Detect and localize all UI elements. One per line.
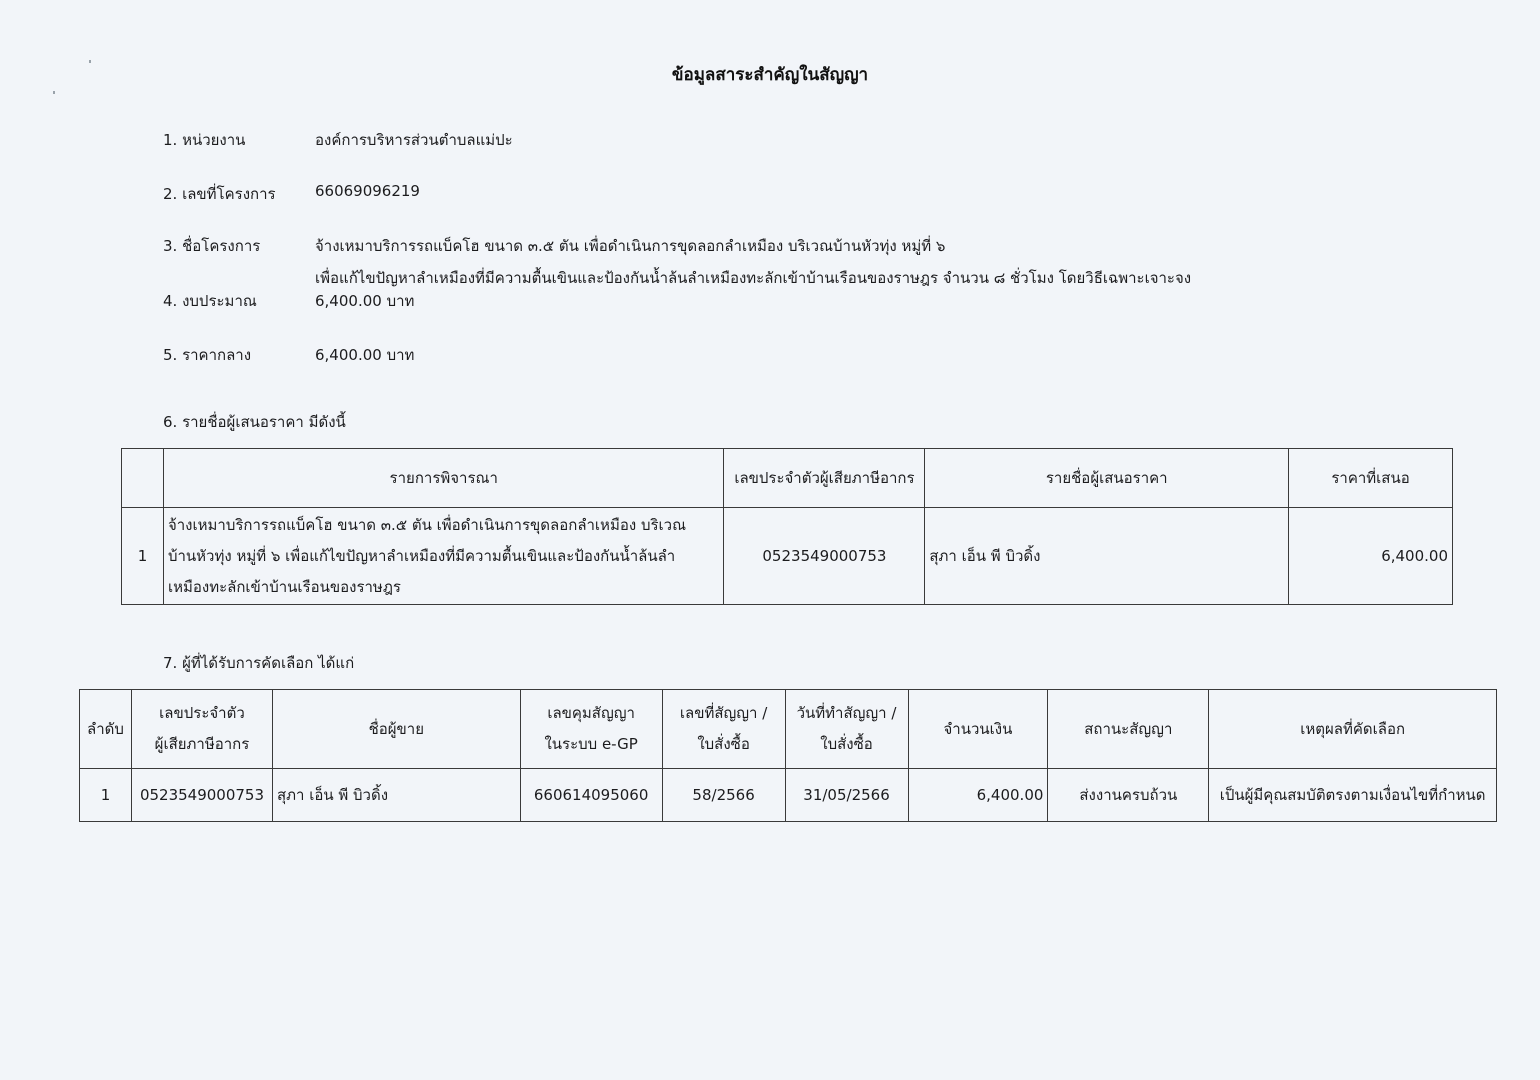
header-text: เหตุผลที่คัดเลือก <box>1300 720 1405 738</box>
item-line-2: บ้านหัวทุ่ง หมู่ที่ ๖ เพื่อแก้ไขปัญหาลำเ… <box>168 541 720 572</box>
table-row: 1 จ้างเหมาบริการรถแบ็คโฮ ขนาด ๓.๕ ตัน เพ… <box>122 508 1453 605</box>
header-text: เลขคุมสัญญา <box>525 698 658 729</box>
field-label: 5. ราคากลาง <box>163 343 315 367</box>
cell-status: ส่งงานครบถ้วน <box>1048 769 1209 822</box>
header-text: ลำดับ <box>87 720 124 738</box>
field-value: องค์การบริหารส่วนตำบลแม่ปะ <box>315 128 513 152</box>
winner-table: ลำดับ เลขประจำตัวผู้เสียภาษีอากร ชื่อผู้… <box>79 689 1497 822</box>
column-header-no: ลำดับ <box>80 690 132 769</box>
column-header-amount: จำนวนเงิน <box>908 690 1048 769</box>
scan-artifact <box>53 91 55 94</box>
cell-amount: 6,400.00 <box>908 769 1048 822</box>
cell-seller: สุภา เอ็น พี บิวดิ้ง <box>272 769 520 822</box>
field-budget: 4. งบประมาณ 6,400.00 บาท <box>163 289 414 313</box>
table-header-row: รายการพิจารณา เลขประจำตัวผู้เสียภาษีอากร… <box>122 449 1453 508</box>
cell-item: จ้างเหมาบริการรถแบ็คโฮ ขนาด ๓.๕ ตัน เพื่… <box>163 508 724 605</box>
column-header-status: สถานะสัญญา <box>1048 690 1209 769</box>
cell-tax-id: 0523549000753 <box>724 508 925 605</box>
cell-tax-id: 0523549000753 <box>131 769 272 822</box>
field-value: 6,400.00 บาท <box>315 343 414 367</box>
header-text: ใบสั่งซื้อ <box>667 729 781 760</box>
cell-price: 6,400.00 <box>1289 508 1453 605</box>
table-header-row: ลำดับ เลขประจำตัวผู้เสียภาษีอากร ชื่อผู้… <box>80 690 1497 769</box>
field-median-price: 5. ราคากลาง 6,400.00 บาท <box>163 343 414 367</box>
header-text: จำนวนเงิน <box>944 720 1013 738</box>
column-header-tax-id: เลขประจำตัวผู้เสียภาษีอากร <box>724 449 925 508</box>
cell-reason: เป็นผู้มีคุณสมบัติตรงตามเงื่อนไขที่กำหนด <box>1209 769 1497 822</box>
field-label: 3. ชื่อโครงการ <box>163 234 315 290</box>
field-project-number: 2. เลขที่โครงการ 66069096219 <box>163 182 420 206</box>
header-text: เลขประจำตัว <box>136 698 268 729</box>
header-text: สถานะสัญญา <box>1084 720 1172 738</box>
field-agency: 1. หน่วยงาน องค์การบริหารส่วนตำบลแม่ปะ <box>163 128 513 152</box>
column-header-no <box>122 449 164 508</box>
cell-no: 1 <box>122 508 164 605</box>
header-text: เลขที่สัญญา / <box>667 698 781 729</box>
cell-no: 1 <box>80 769 132 822</box>
header-text: วันที่ทำสัญญา / <box>790 698 904 729</box>
field-value: 66069096219 <box>315 182 420 206</box>
bidders-table: รายการพิจารณา เลขประจำตัวผู้เสียภาษีอากร… <box>121 448 1453 605</box>
header-text: ใบสั่งซื้อ <box>790 729 904 760</box>
column-header-egp-number: เลขคุมสัญญาในระบบ e-GP <box>520 690 662 769</box>
field-label: 1. หน่วยงาน <box>163 128 315 152</box>
header-text: ในระบบ e-GP <box>525 729 658 760</box>
column-header-bidder: รายชื่อผู้เสนอราคา <box>925 449 1289 508</box>
cell-bidder: สุภา เอ็น พี บิวดิ้ง <box>925 508 1289 605</box>
project-name-line-2: เพื่อแก้ไขปัญหาลำเหมืองที่มีความตื้นเขิน… <box>315 266 1191 290</box>
table-row: 1 0523549000753 สุภา เอ็น พี บิวดิ้ง 660… <box>80 769 1497 822</box>
project-name-line-1: จ้างเหมาบริการรถแบ็คโฮ ขนาด ๓.๕ ตัน เพื่… <box>315 237 945 255</box>
cell-contract-date: 31/05/2566 <box>785 769 908 822</box>
column-header-tax-id: เลขประจำตัวผู้เสียภาษีอากร <box>131 690 272 769</box>
column-header-seller: ชื่อผู้ขาย <box>272 690 520 769</box>
document-title: ข้อมูลสาระสำคัญในสัญญา <box>0 61 1540 88</box>
item-line-3: เหมืองทะลักเข้าบ้านเรือนของราษฎร <box>168 572 720 603</box>
column-header-price: ราคาที่เสนอ <box>1289 449 1453 508</box>
field-label: 2. เลขที่โครงการ <box>163 182 315 206</box>
item-line-1: จ้างเหมาบริการรถแบ็คโฮ ขนาด ๓.๕ ตัน เพื่… <box>168 510 720 541</box>
winner-heading: 7. ผู้ที่ได้รับการคัดเลือก ได้แก่ <box>163 651 354 675</box>
field-project-name: 3. ชื่อโครงการ จ้างเหมาบริการรถแบ็คโฮ ขน… <box>163 234 1191 290</box>
cell-egp-number: 660614095060 <box>520 769 662 822</box>
bidders-heading: 6. รายชื่อผู้เสนอราคา มีดังนี้ <box>163 410 346 434</box>
column-header-contract-number: เลขที่สัญญา /ใบสั่งซื้อ <box>662 690 785 769</box>
field-value: 6,400.00 บาท <box>315 289 414 313</box>
field-label: 4. งบประมาณ <box>163 289 315 313</box>
column-header-item: รายการพิจารณา <box>163 449 724 508</box>
cell-contract-number: 58/2566 <box>662 769 785 822</box>
header-text: ชื่อผู้ขาย <box>369 720 424 738</box>
column-header-contract-date: วันที่ทำสัญญา /ใบสั่งซื้อ <box>785 690 908 769</box>
column-header-reason: เหตุผลที่คัดเลือก <box>1209 690 1497 769</box>
header-text: ผู้เสียภาษีอากร <box>136 729 268 760</box>
field-value: จ้างเหมาบริการรถแบ็คโฮ ขนาด ๓.๕ ตัน เพื่… <box>315 234 1191 290</box>
